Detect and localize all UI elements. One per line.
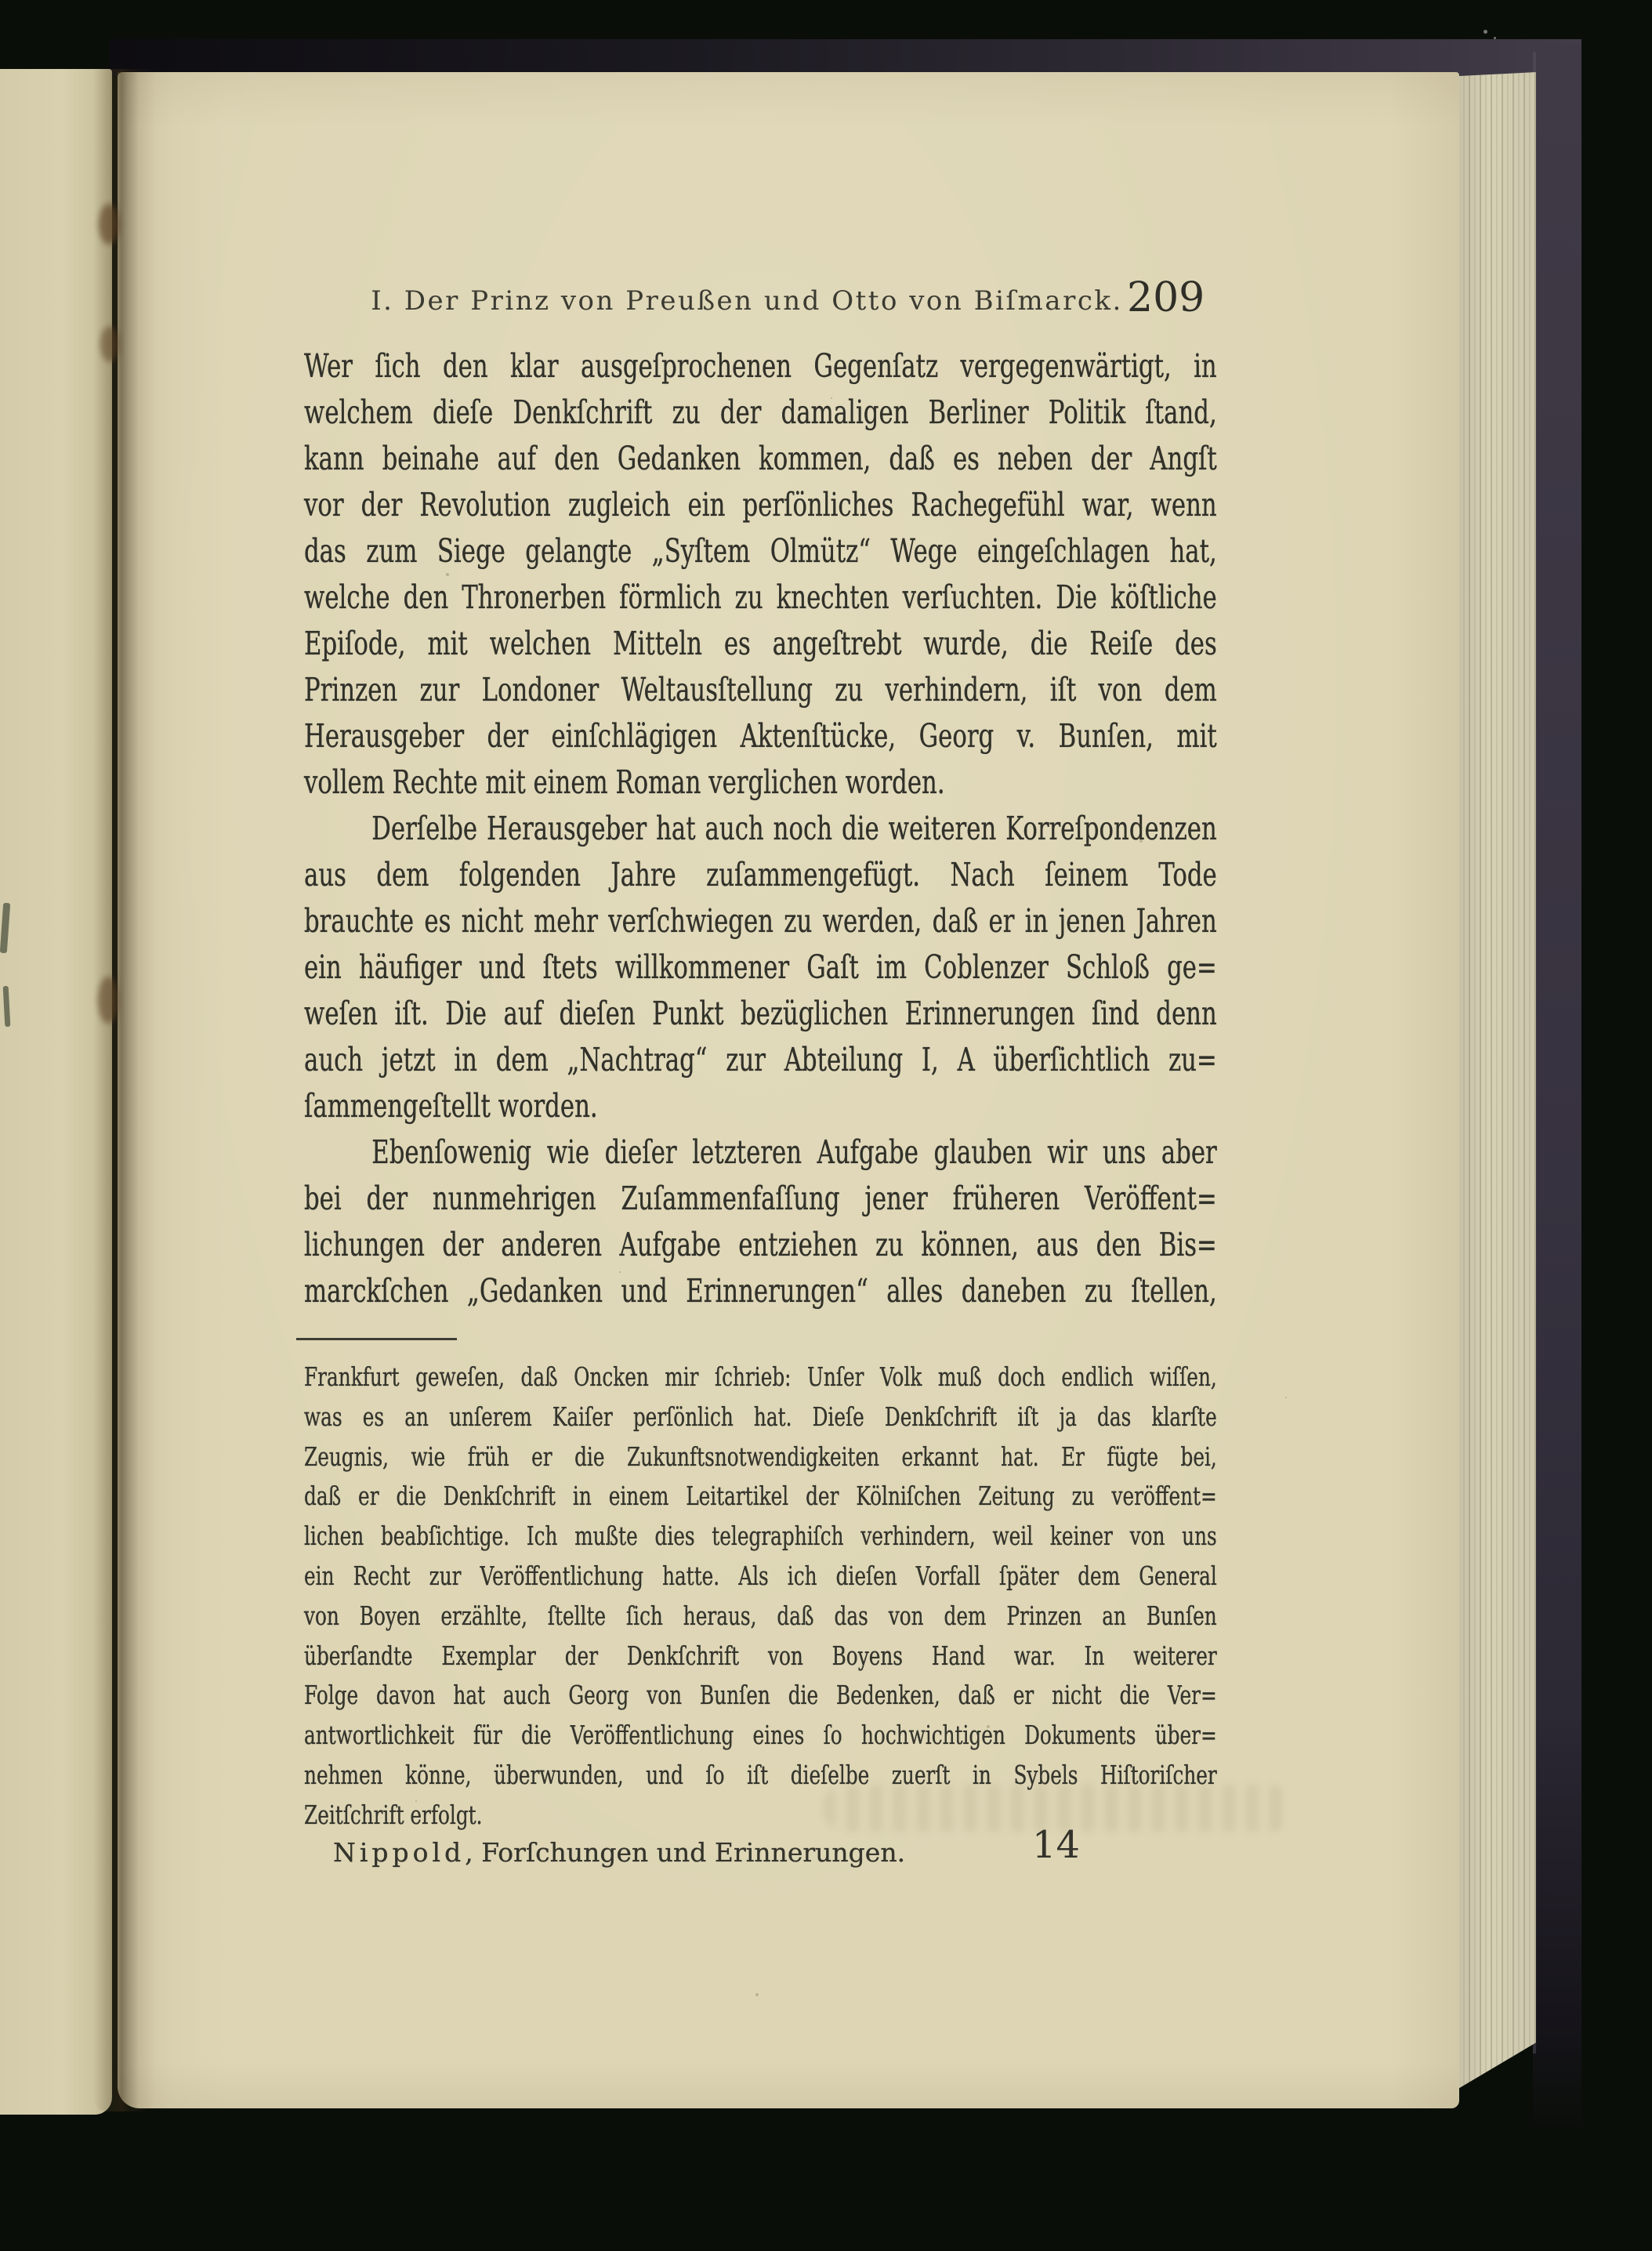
book-scan: { "scan": { "running_header": { "title":… <box>0 0 1652 2251</box>
footnote-line: Folge davon hat auch Georg von Bunſen di… <box>304 1676 1217 1716</box>
printer-signature-line: Nippold, Forſchungen und Erinnerungen. <box>333 1837 905 1868</box>
running-header-title: I. Der Prinz von Preußen und Otto von Bi… <box>304 285 1217 317</box>
text-line: brauchte es nicht mehr verſchwiegen zu w… <box>304 898 1217 944</box>
text-line: Prinzen zur Londoner Weltausſtellung zu … <box>304 667 1217 713</box>
footnote-line: überſandte Exemplar der Denkſchrift von … <box>304 1637 1217 1676</box>
book-cover-fore-edge <box>1533 44 1581 2129</box>
text-line: lichungen der anderen Aufgabe entziehen … <box>304 1222 1217 1268</box>
body-text: Wer ſich den klar ausgeſprochenen Gegenſ… <box>304 343 1217 1314</box>
text-line: auch jetzt in dem „Nachtrag“ zur Abteilu… <box>304 1037 1217 1083</box>
footnote-separator-rule <box>296 1338 457 1340</box>
footnote-line: von Boyen erzählte, ſtellte ſich heraus,… <box>304 1597 1217 1637</box>
text-line: marckſchen „Gedanken und Erinnerungen“ a… <box>304 1268 1217 1314</box>
footnote-line: daß er die Denkſchrift in einem Leitarti… <box>304 1477 1217 1517</box>
footnote-line: antwortlichkeit für die Veröffentlichung… <box>304 1716 1217 1756</box>
text-line: das zum Siege gelangte „Syſtem Olmütz“ W… <box>304 528 1217 575</box>
book-page: I. Der Prinz von Preußen und Otto von Bi… <box>118 72 1459 2108</box>
text-line: Epiſode, mit welchen Mitteln es angeſtre… <box>304 621 1217 667</box>
left-page-sliver <box>0 69 112 2115</box>
footnote-line: was es an unſerem Kaiſer perſönlich hat.… <box>304 1397 1217 1437</box>
text-line: vor der Revolution zugleich ein perſönli… <box>304 482 1217 528</box>
paper-speckles <box>118 72 119 74</box>
text-line: ein häufiger und ſtets willkommener Gaſt… <box>304 944 1217 991</box>
text-line: bei der nunmehrigen Zuſammenfaſſung jene… <box>304 1176 1217 1222</box>
text-line: Derſelbe Herausgeber hat auch noch die w… <box>304 806 1217 852</box>
footnote-line: lichen beabſichtige. Ich mußte dies tele… <box>304 1517 1217 1557</box>
dust-speck <box>1484 30 1487 34</box>
footnote-line: Zeugnis, wie früh er die Zukunftsnotwend… <box>304 1437 1217 1477</box>
dust-speck <box>1494 37 1496 39</box>
book-cover-top-edge <box>110 39 1581 76</box>
footnote-line: Frankfurt geweſen, daß Oncken mir ſchrie… <box>304 1357 1217 1397</box>
footnote-text: Frankfurt geweſen, daß Oncken mir ſchrie… <box>304 1357 1217 1836</box>
text-line: Ebenſowenig wie dieſer letzteren Aufgabe… <box>304 1129 1217 1176</box>
text-line: welchem dieſe Denkſchrift zu der damalig… <box>304 390 1217 436</box>
text-line: kann beinahe auf den Gedanken kommen, da… <box>304 436 1217 482</box>
text-line: welche den Thronerben förmlich zu knecht… <box>304 575 1217 621</box>
text-line: weſen iſt. Die auf dieſen Punkt bezüglic… <box>304 991 1217 1037</box>
fore-edge-page-stack <box>1458 72 1536 2091</box>
text-line: Herausgeber der einſchlägigen Aktenſtück… <box>304 713 1217 759</box>
text-line: aus dem folgenden Jahre zuſammengefügt. … <box>304 852 1217 898</box>
footnote-line: ein Recht zur Veröffentlichung hatte. Al… <box>304 1557 1217 1597</box>
footnote-line: nehmen könne, überwunden, und ſo iſt die… <box>304 1756 1217 1796</box>
signature-author: Nippold <box>333 1837 465 1868</box>
text-line: vollem Rechte mit einem Roman verglichen… <box>304 759 1217 806</box>
text-line: Wer ſich den klar ausgeſprochenen Gegenſ… <box>304 343 1217 390</box>
page-number: 209 <box>1127 277 1205 318</box>
sheet-number: 14 <box>1032 1826 1080 1864</box>
signature-title: , Forſchungen und Erinnerungen. <box>465 1837 905 1868</box>
text-line: ſammengeſtellt worden. <box>304 1083 1217 1129</box>
